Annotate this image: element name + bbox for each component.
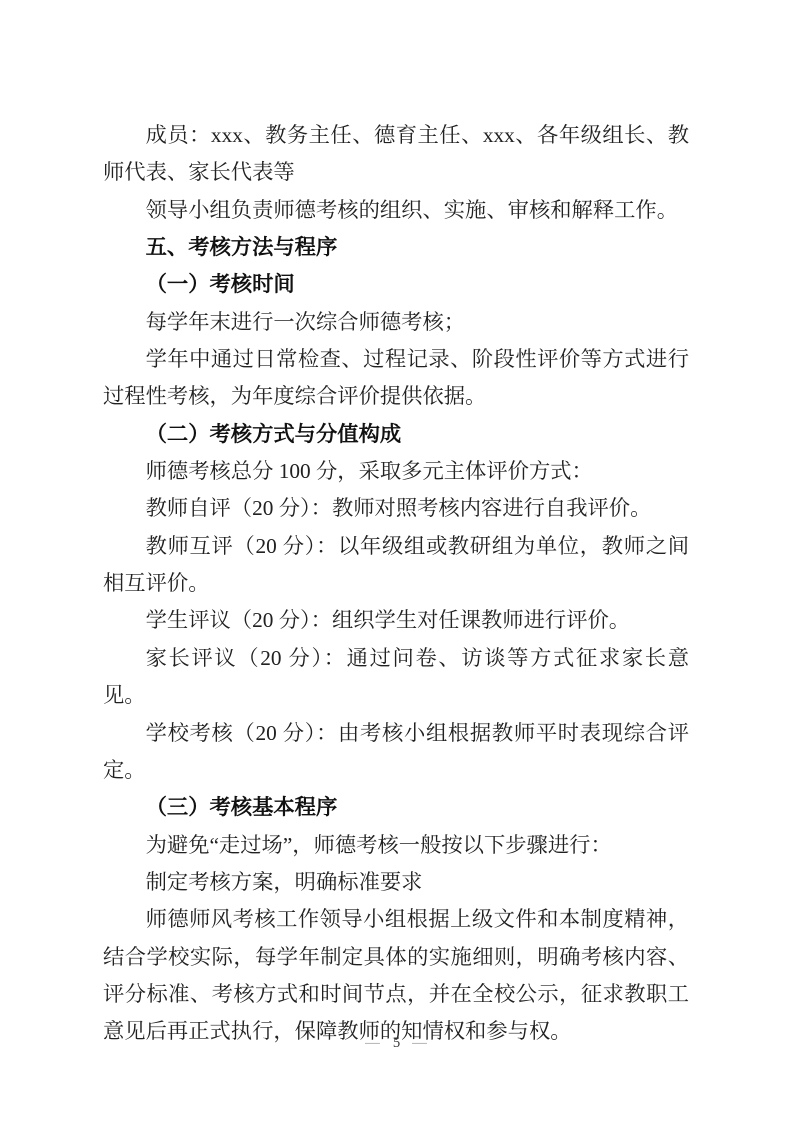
paragraph-procedure-intro: 为避免“走过场”，师德考核一般按以下步骤进行： xyxy=(103,827,689,864)
page-footer: —5— xyxy=(0,1034,793,1052)
paragraph-total-score: 师德考核总分 100 分，采取多元主体评价方式： xyxy=(103,453,689,490)
footer-left-dash: — xyxy=(365,1035,381,1051)
paragraph-parent-evaluation: 家长评议（20 分）：通过问卷、访谈等方式征求家长意见。 xyxy=(103,640,689,715)
document-body: 成员：xxx、教务主任、德育主任、xxx、各年级组长、教师代表、家长代表等 领导… xyxy=(103,117,689,1051)
subsection-heading-2: （二）考核方式与分值构成 xyxy=(103,416,689,453)
section-heading-5: 五、考核方法与程序 xyxy=(103,229,689,266)
subsection-heading-1: （一）考核时间 xyxy=(103,266,689,303)
paragraph-process-assessment: 学年中通过日常检查、过程记录、阶段性评价等方式进行过程性考核，为年度综合评价提供… xyxy=(103,341,689,416)
paragraph-peer-evaluation: 教师互评（20 分）：以年级组或教研组为单位，教师之间相互评价。 xyxy=(103,528,689,603)
paragraph-annual-assessment: 每学年末进行一次综合师德考核； xyxy=(103,304,689,341)
subsection-heading-3: （三）考核基本程序 xyxy=(103,789,689,826)
paragraph-self-evaluation: 教师自评（20 分）：教师对照考核内容进行自我评价。 xyxy=(103,490,689,527)
paragraph-school-evaluation: 学校考核（20 分）：由考核小组根据教师平时表现综合评定。 xyxy=(103,715,689,790)
document-page: 成员：xxx、教务主任、德育主任、xxx、各年级组长、教师代表、家长代表等 领导… xyxy=(0,0,793,1122)
footer-right-dash: — xyxy=(412,1035,428,1051)
paragraph-leading-group-duty: 领导小组负责师德考核的组织、实施、审核和解释工作。 xyxy=(103,192,689,229)
paragraph-student-evaluation: 学生评议（20 分）：组织学生对任课教师进行评价。 xyxy=(103,602,689,639)
paragraph-plan-details: 师德师风考核工作领导小组根据上级文件和本制度精神，结合学校实际，每学年制定具体的… xyxy=(103,901,689,1050)
paragraph-members: 成员：xxx、教务主任、德育主任、xxx、各年级组长、教师代表、家长代表等 xyxy=(103,117,689,192)
page-number: 5 xyxy=(393,1035,400,1051)
paragraph-make-plan: 制定考核方案，明确标准要求 xyxy=(103,864,689,901)
